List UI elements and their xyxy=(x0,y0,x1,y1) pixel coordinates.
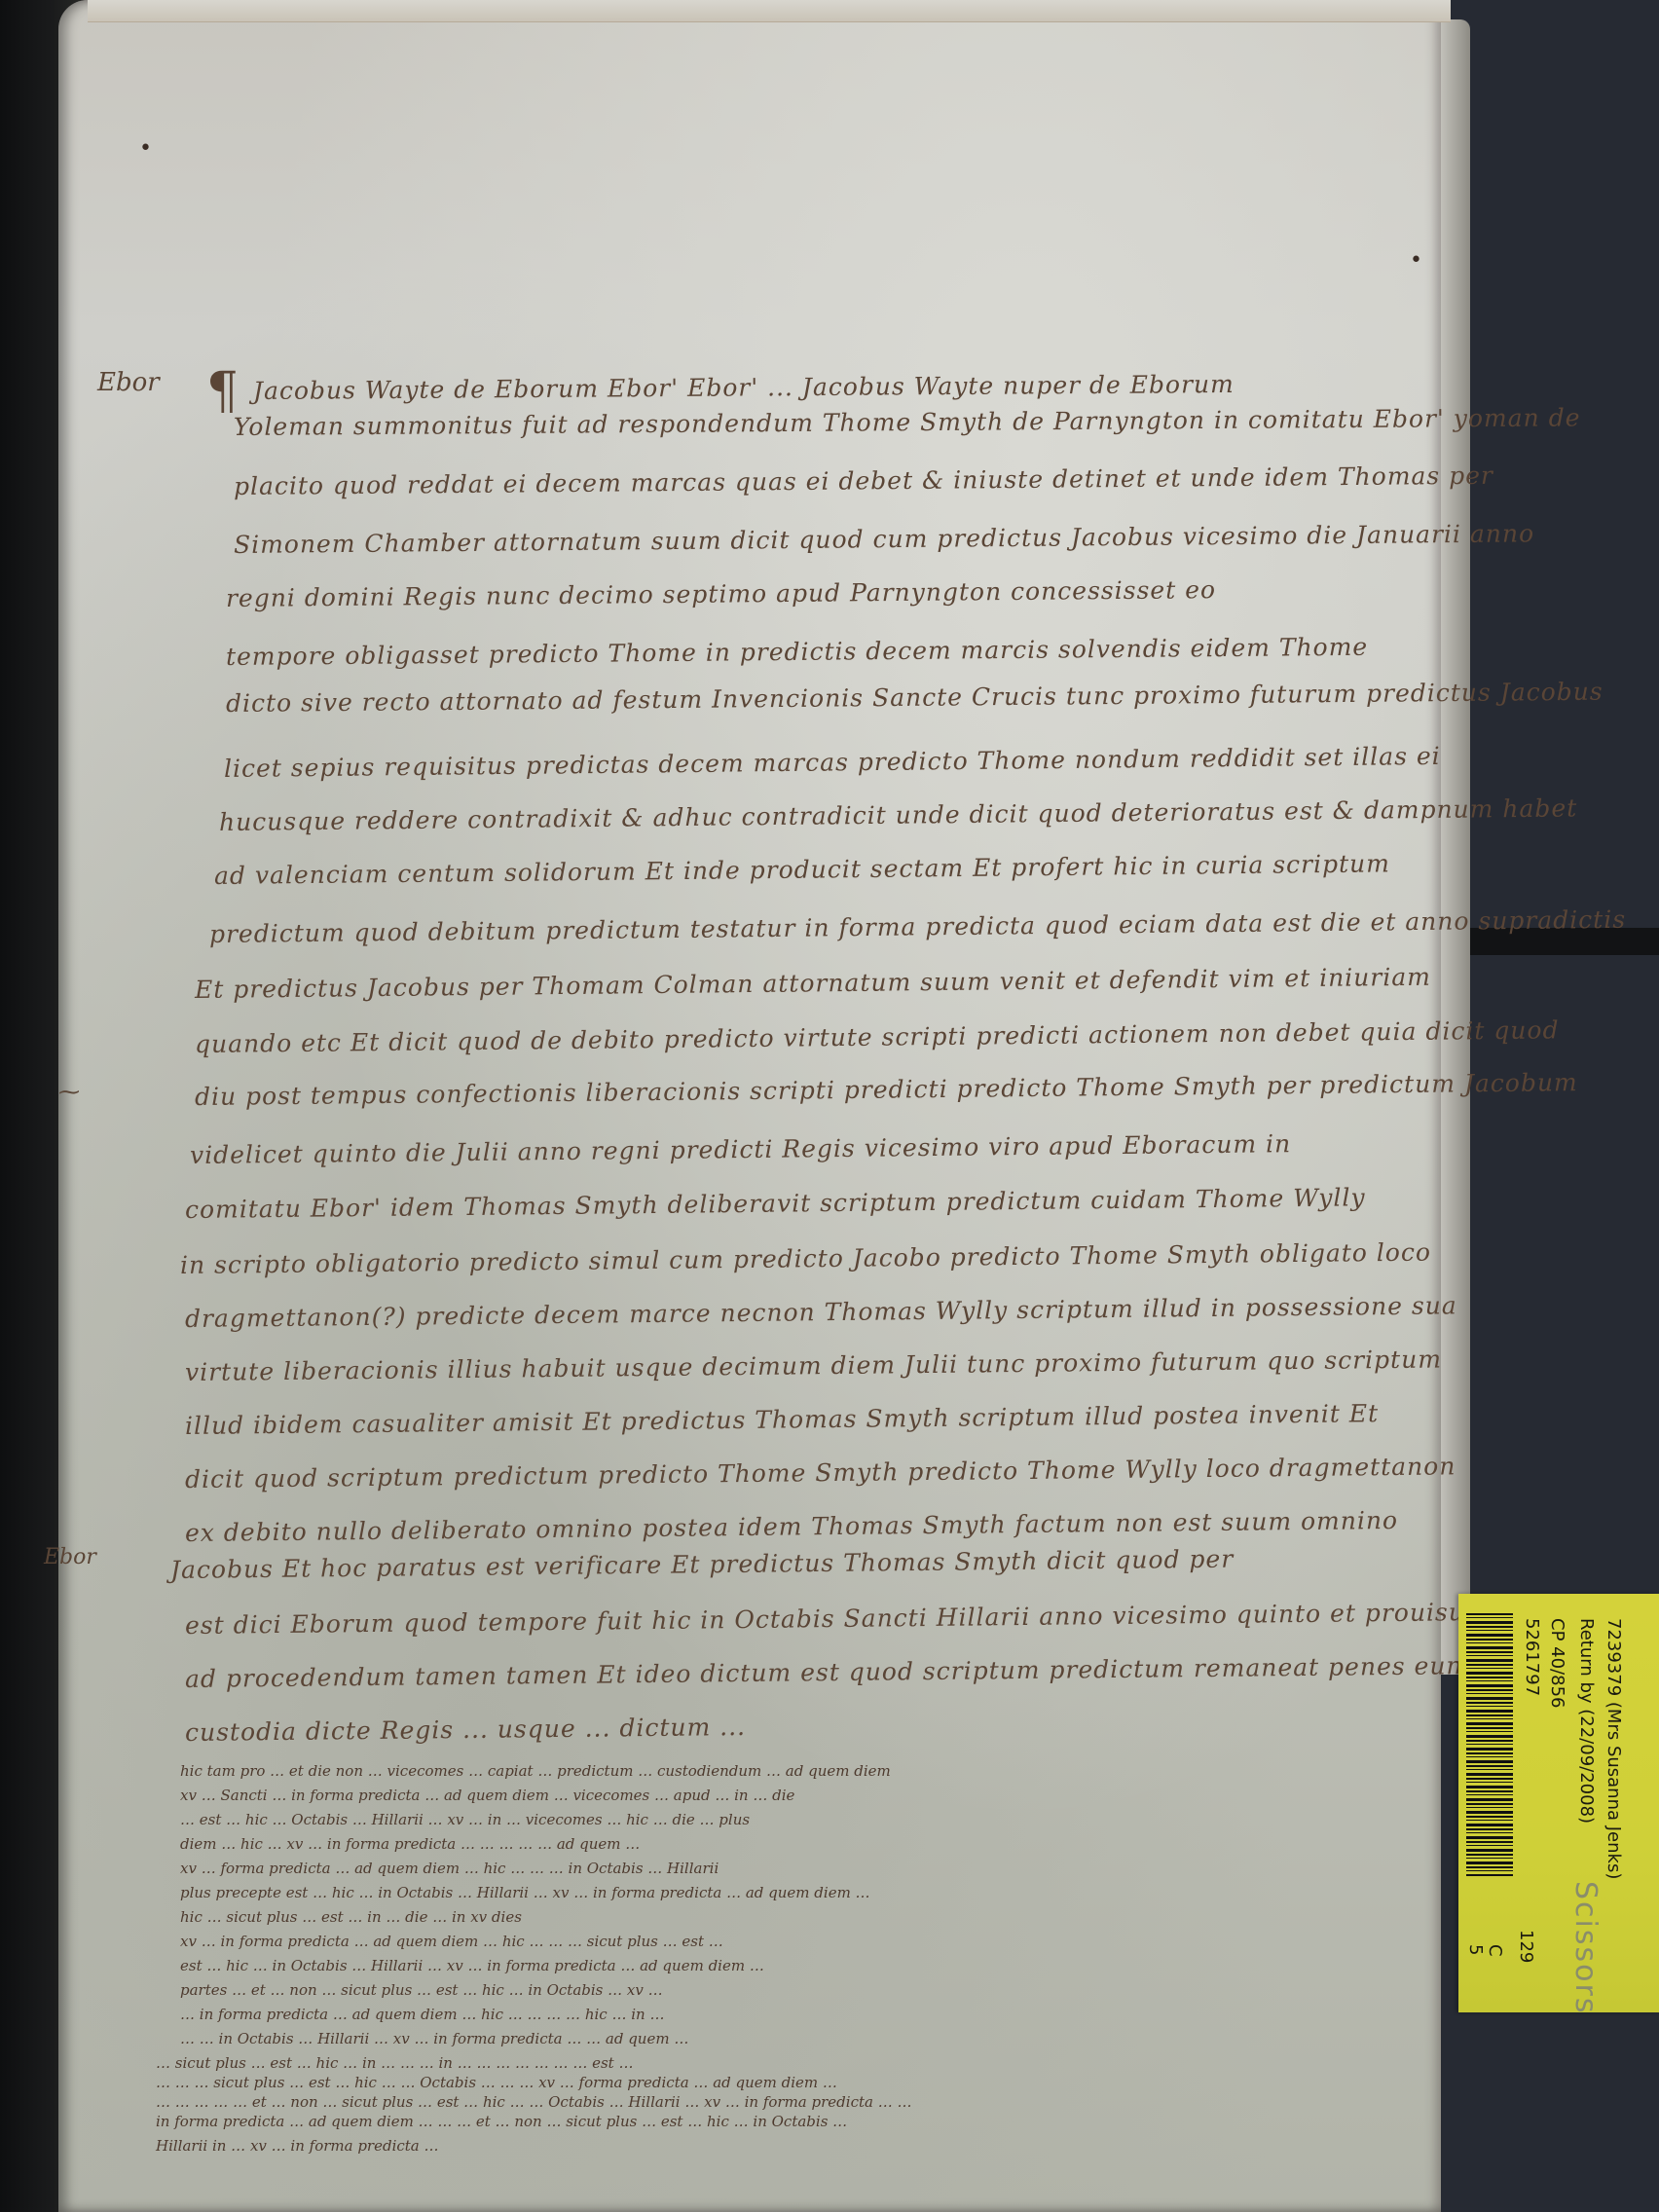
label-reference: CP 40/856 xyxy=(1547,1618,1567,1708)
archive-label: 5261797 CP 40/856 Return by (22/09/2008)… xyxy=(1458,1594,1659,2012)
margin-note-ebor-2: Ebor xyxy=(44,1545,96,1569)
parchment-top-fold xyxy=(88,0,1451,22)
text-line-dense: est … hic … in Octabis … Hillarii … xv …… xyxy=(180,1957,764,1974)
text-line-dense: Hillarii in … xv … in forma predicta … xyxy=(156,2137,439,2155)
text-line-dense: in forma predicta … ad quem diem … … … e… xyxy=(156,2113,847,2130)
text-line-dense: … sicut plus … est … hic … in … … … in …… xyxy=(156,2054,633,2072)
text-line-dense: … in forma predicta … ad quem diem … hic… xyxy=(180,2006,664,2023)
text-line-dense: … est … hic … Octabis … Hillarii … xv … … xyxy=(180,1811,750,1828)
margin-note-ebor: Ebor xyxy=(97,368,160,397)
text-line-dense: hic … sicut plus … est … in … die … in x… xyxy=(180,1908,522,1926)
label-code-3: 129 xyxy=(1516,1930,1536,1963)
ink-speck: • xyxy=(139,136,152,161)
text-line-dense: plus precepte est … hic … in Octabis … H… xyxy=(180,1884,870,1901)
label-code-2: C xyxy=(1485,1944,1505,1957)
text-line-dense: … … … … … et … non … sicut plus … est … … xyxy=(156,2093,911,2111)
text-line-dense: xv … forma predicta … ad quem diem … hic… xyxy=(180,1860,719,1877)
text-line: custodia dicte Regis ... usque ... dictu… xyxy=(185,1713,746,1747)
text-line-dense: partes … et … non … sicut plus … est … h… xyxy=(180,1981,663,1999)
label-reader: 7239379 (Mrs Susanna Jenks) xyxy=(1604,1618,1624,1879)
barcode xyxy=(1466,1613,1513,1876)
label-code-1: 5 xyxy=(1465,1944,1486,1955)
text-line-dense: … … … sicut plus … est … hic … … Octabis… xyxy=(156,2074,837,2091)
margin-mark: ⁓ xyxy=(58,1081,80,1105)
text-line-dense: hic tam pro … et die non … vicecomes … c… xyxy=(180,1762,891,1780)
label-piece-number: 5261797 xyxy=(1522,1618,1542,1696)
text-line-dense: diem … hic … xv … in forma predicta … … … xyxy=(180,1835,640,1853)
label-handwritten-note: Scissors xyxy=(1568,1881,1603,2014)
ink-speck: • xyxy=(1410,248,1422,273)
label-return-date: Return by (22/09/2008) xyxy=(1576,1618,1597,1824)
text-line-dense: xv … in forma predicta … ad quem diem … … xyxy=(180,1933,723,1950)
text-line-dense: xv … Sancti … in forma predicta … ad que… xyxy=(180,1787,794,1804)
text-line-dense: … … in Octabis … Hillarii … xv … in form… xyxy=(180,2030,688,2047)
